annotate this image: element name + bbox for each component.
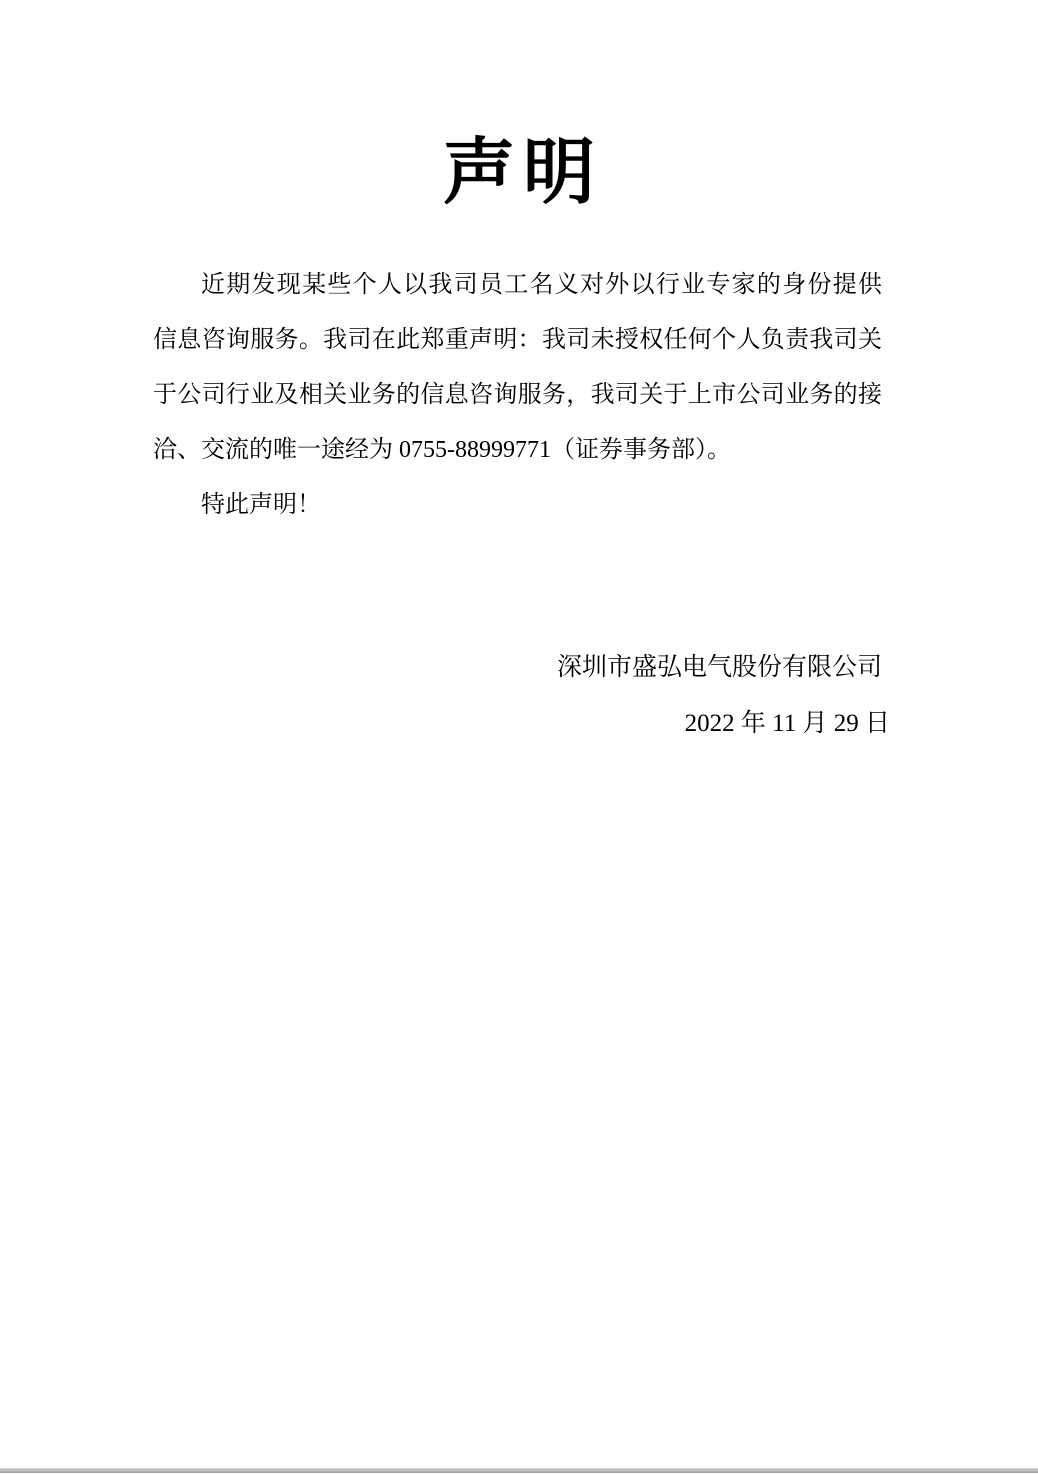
page-bottom-divider <box>0 1468 1038 1473</box>
statement-document-page: 声明 近期发现某些个人以我司员工名义对外以行业专家的身份提供 信息咨询服务。我司… <box>0 0 1038 1474</box>
document-title: 声明 <box>0 128 1038 218</box>
statement-body: 近期发现某些个人以我司员工名义对外以行业专家的身份提供 信息咨询服务。我司在此郑… <box>153 258 882 533</box>
signature-date: 2022 年 11 月 29 日 <box>685 709 890 739</box>
body-line-1: 近期发现某些个人以我司员工名义对外以行业专家的身份提供 <box>153 258 882 313</box>
signature-company-name: 深圳市盛弘电气股份有限公司 <box>557 653 882 683</box>
closing-line: 特此声明！ <box>153 478 882 533</box>
body-line-2: 信息咨询服务。我司在此郑重声明：我司未授权任何个人负责我司关 <box>153 313 882 368</box>
body-line-3: 于公司行业及相关业务的信息咨询服务，我司关于上市公司业务的接 <box>153 368 882 423</box>
body-line-4-phone-line: 洽、交流的唯一途经为 0755-88999771（证券事务部）。 <box>153 423 882 478</box>
